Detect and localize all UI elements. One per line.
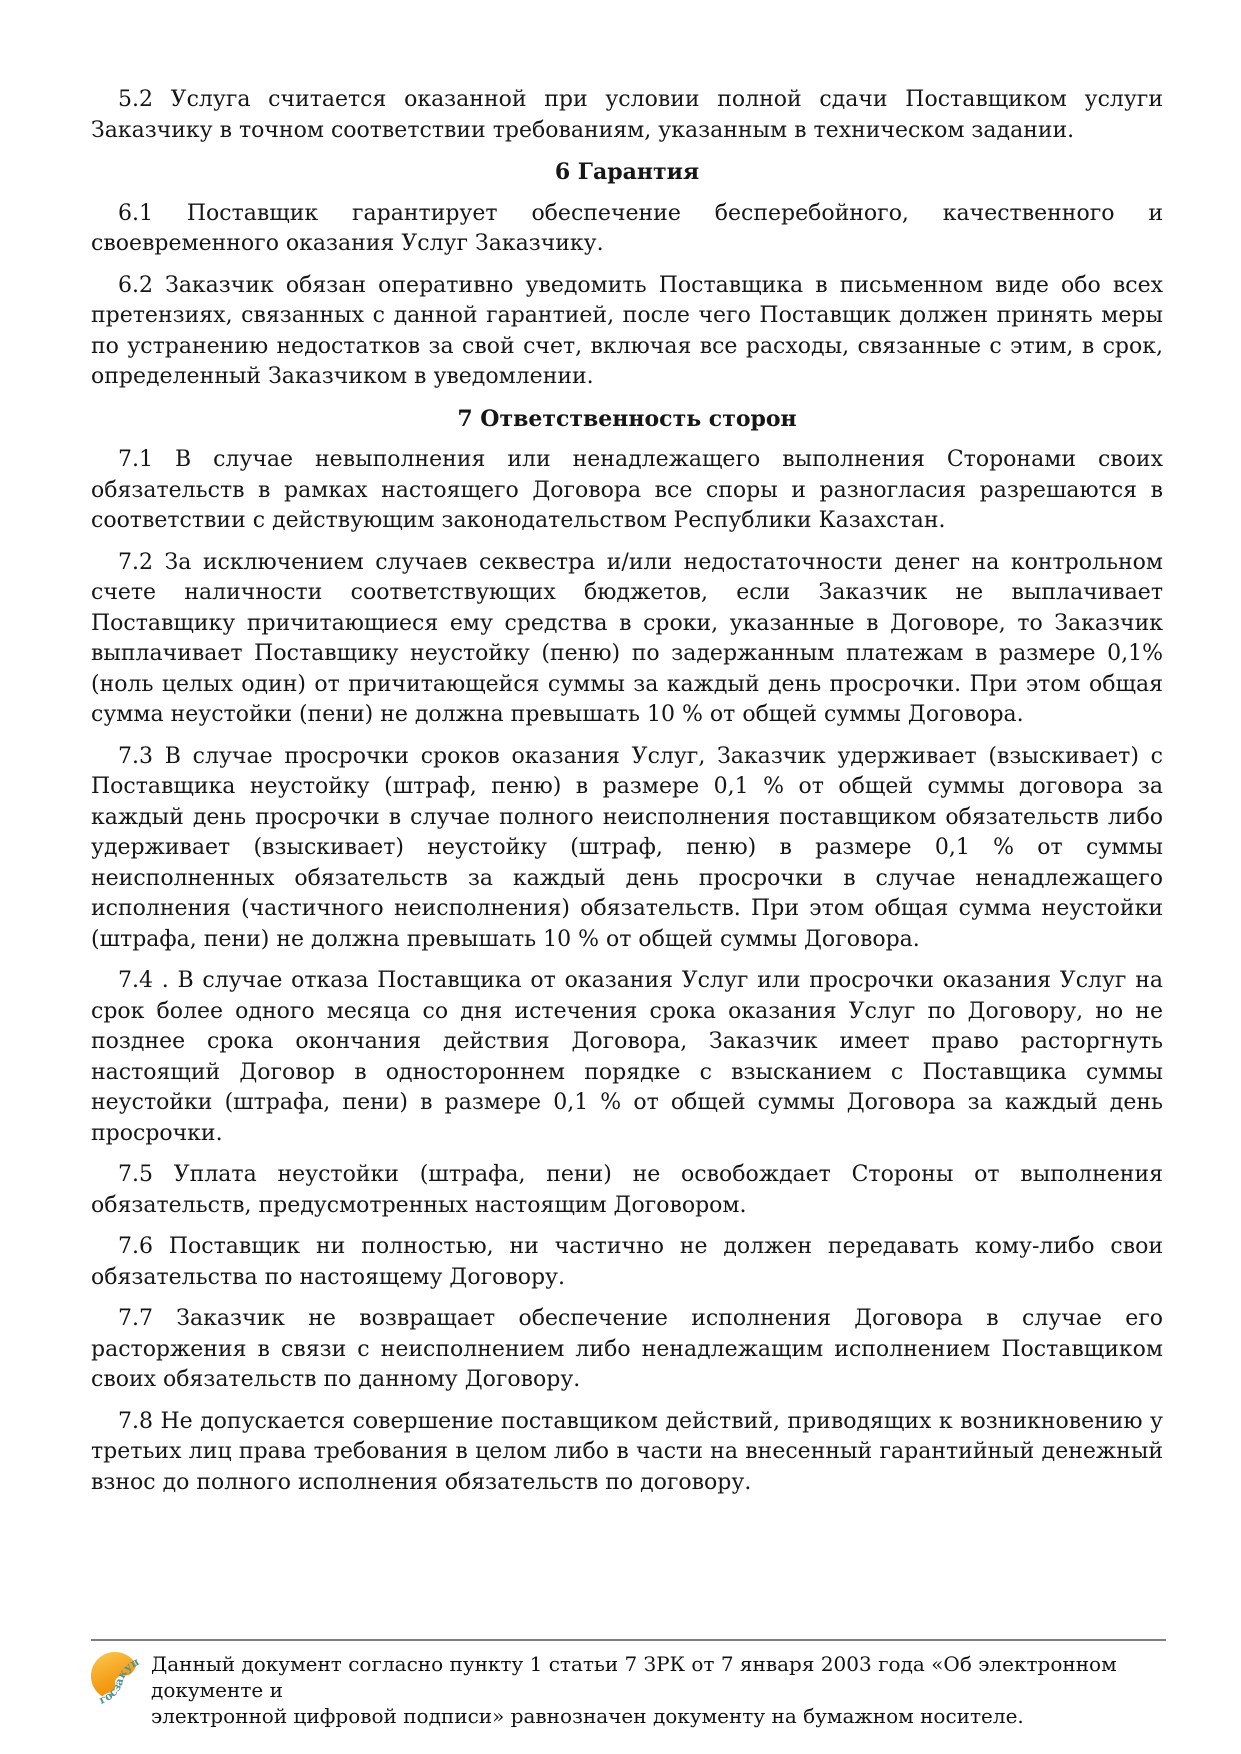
clause-6-2: 6.2 Заказчик обязан оперативно уведомить… bbox=[91, 271, 1163, 393]
clause-7-2: 7.2 За исключением случаев секвестра и/и… bbox=[91, 548, 1163, 731]
goszakup-logo-icon: госзакуп bbox=[91, 1648, 141, 1710]
esign-legal-note: Данный документ согласно пункту 1 статьи… bbox=[151, 1648, 1166, 1729]
contract-document-page: 5.2 Услуга считается оказанной при услов… bbox=[0, 0, 1241, 1754]
esign-footer: госзакуп Данный документ согласно пункту… bbox=[91, 1639, 1166, 1729]
clause-7-5: 7.5 Уплата неустойки (штрафа, пени) не о… bbox=[91, 1160, 1163, 1221]
document-body: 5.2 Услуга считается оказанной при услов… bbox=[91, 85, 1163, 1509]
clause-7-8: 7.8 Не допускается совершение поставщико… bbox=[91, 1407, 1163, 1499]
clause-7-1: 7.1 В случае невыполнения или ненадлежащ… bbox=[91, 445, 1163, 537]
esign-legal-note-line1: Данный документ согласно пункту 1 статьи… bbox=[151, 1651, 1166, 1703]
clause-7-7: 7.7 Заказчик не возвращает обеспечение и… bbox=[91, 1304, 1163, 1396]
clause-5-2: 5.2 Услуга считается оказанной при услов… bbox=[91, 85, 1163, 146]
footer-body: госзакуп Данный документ согласно пункту… bbox=[91, 1648, 1166, 1729]
section-6-heading: 6 Гарантия bbox=[91, 157, 1163, 188]
clause-6-1: 6.1 Поставщик гарантирует обеспечение бе… bbox=[91, 199, 1163, 260]
esign-legal-note-line2: электронной цифровой подписи» равнозначе… bbox=[151, 1703, 1166, 1729]
section-7-heading: 7 Ответственность сторон bbox=[91, 404, 1163, 435]
clause-7-6: 7.6 Поставщик ни полностью, ни частично … bbox=[91, 1232, 1163, 1293]
footer-divider bbox=[91, 1639, 1166, 1641]
clause-7-4: 7.4 . В случае отказа Поставщика от оказ… bbox=[91, 966, 1163, 1149]
clause-7-3: 7.3 В случае просрочки сроков оказания У… bbox=[91, 742, 1163, 956]
